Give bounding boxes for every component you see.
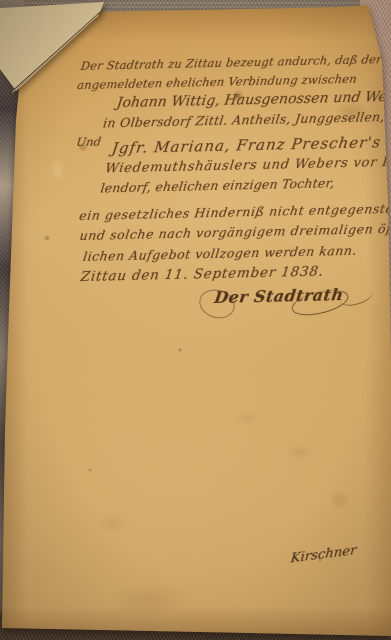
folded-page-corner: [0, 0, 150, 110]
manuscript-line-11: lichen Aufgebot vollzogen werden kann.: [82, 243, 358, 264]
photographed-manuscript: Der Stadtrath zu Zittau bezeugt andurch,…: [0, 0, 391, 640]
manuscript-line-7: Wiedemuthshäuslers und Webers vor Poh-: [104, 154, 391, 176]
manuscript-date-line: Zittau den 11. September 1838.: [80, 263, 325, 285]
manuscript-line-9: ein gesetzliches Hinderniß nicht entgege…: [78, 200, 391, 223]
manuscript-line-4: in Olbersdorf Zittl. Antheils, Junggesel…: [102, 109, 386, 130]
manuscript-line-5: Und: [76, 134, 102, 149]
manuscript-line-10: und solche nach vorgängigem dreimaligen …: [79, 220, 391, 243]
folded-page-surface: [0, 0, 150, 110]
manuscript-line-6: Jgfr. Mariana, Franz Prescher's: [111, 133, 383, 157]
manuscript-line-8: lendorf, ehelichen einzigen Tochter,: [100, 175, 336, 195]
countersignature: Kirschner: [290, 543, 357, 566]
manuscript-line-3: Johann Wittig, Hausgenossen und Weber: [116, 88, 391, 111]
